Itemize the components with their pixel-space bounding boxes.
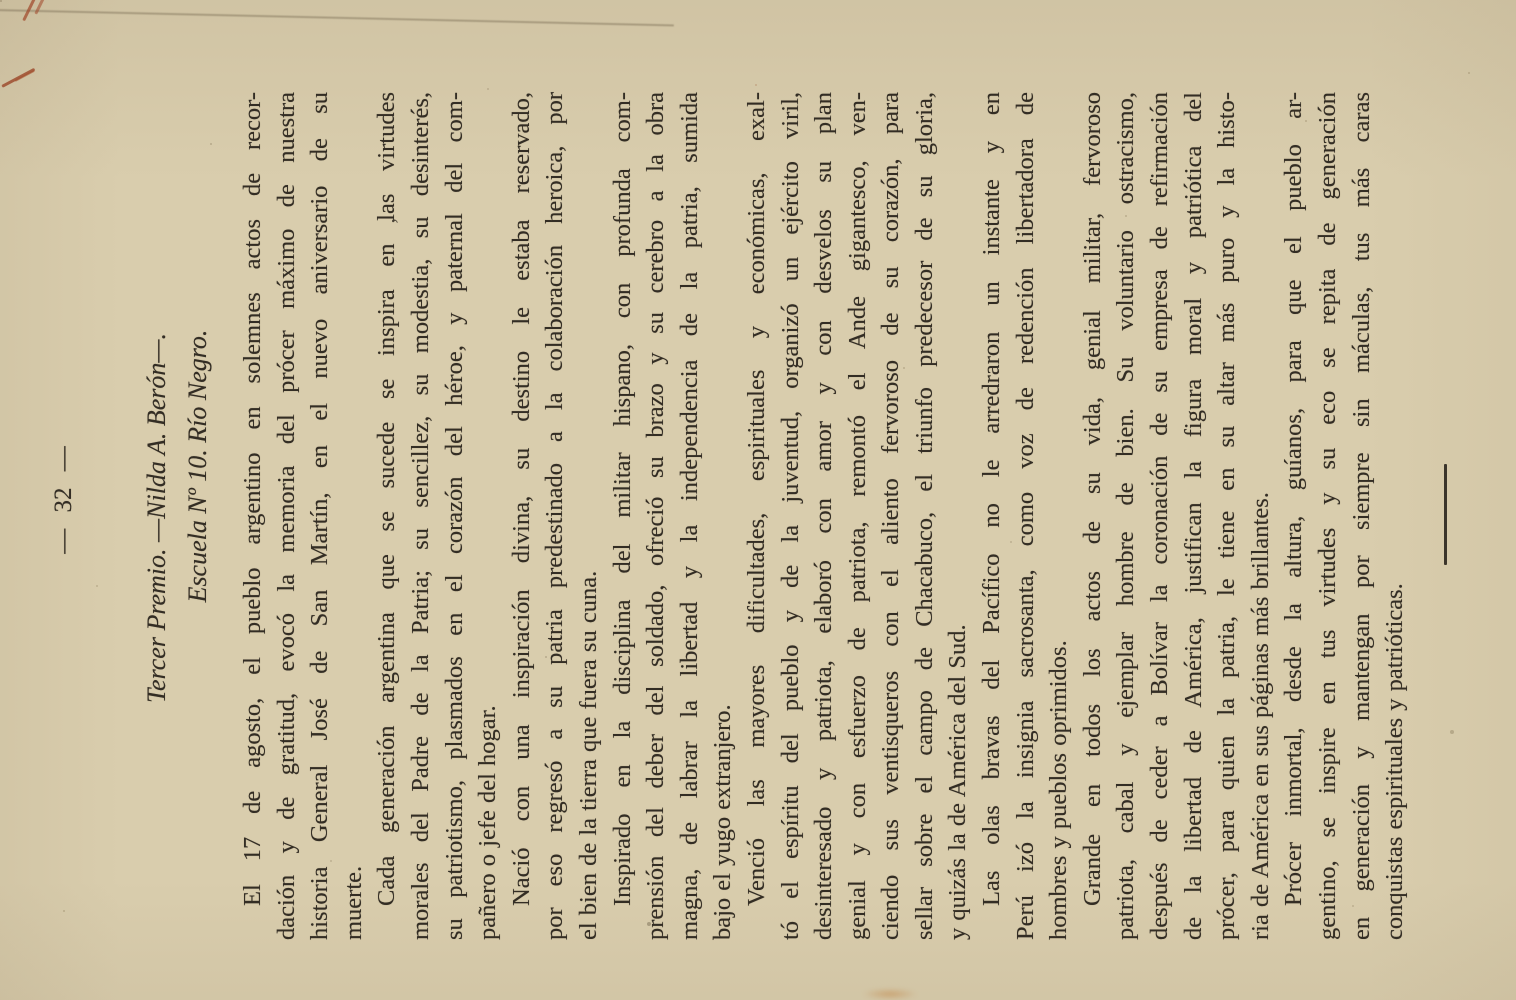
text-line: en generación y mantengan por siempre si… xyxy=(1345,92,1379,940)
page-surface: — 32 — Tercer Premio. —Nilda A. Berón—. … xyxy=(0,0,1516,1000)
text-line: bajo el yugo extranjero. xyxy=(706,92,740,940)
text-line: hombres y pueblos oprimidos. xyxy=(1042,92,1076,940)
text-line: historia General José de San Martín, en … xyxy=(303,92,337,940)
text-line: tó el espíritu del pueblo y de la juvent… xyxy=(774,92,808,940)
text-line: muerte. xyxy=(337,92,371,940)
text-line: por eso regresó a su patria predestinado… xyxy=(538,92,572,940)
text-line: dación y de gratitud, evocó la memoria d… xyxy=(270,92,304,940)
text-line: de la libertad de América, justifican la… xyxy=(1177,92,1211,940)
text-line: desinteresado y patriota, elaboró con am… xyxy=(807,92,841,940)
text-line: Grande en todos los actos de su vida, ge… xyxy=(1076,92,1110,940)
text-line: el bien de la tierra que fuera su cuna. xyxy=(572,92,606,940)
text-line: pañero o jefe del hogar. xyxy=(471,92,505,940)
text-line: Venció las mayores dificultades, espirit… xyxy=(740,92,774,940)
text-line: Inspirado en la disciplina del militar h… xyxy=(606,92,640,940)
scanned-book-page: { "page": { "number": "— 32 —", "title_l… xyxy=(0,0,1516,1000)
text-line: gentino, se inspire en tus virtudes y su… xyxy=(1311,92,1345,940)
text-line: Las olas bravas del Pacífico no le arred… xyxy=(975,92,1009,940)
heading-block: Tercer Premio. —Nilda A. Berón—. Escuela… xyxy=(140,92,215,940)
text-line: patriota, cabal y ejemplar hombre de bie… xyxy=(1109,92,1143,940)
text-line: Perú izó la insignia sacrosanta, como vo… xyxy=(1009,92,1043,940)
page-number: — 32 — xyxy=(50,0,78,1000)
text-line: ria de América en sus páginas más brilla… xyxy=(1244,92,1278,940)
school-subtitle: Escuela Nº 10. Río Negro. xyxy=(181,42,215,890)
text-line: genial y con esfuerzo de patriota, remon… xyxy=(841,92,875,940)
text-line: su patriotismo, plasmados en el corazón … xyxy=(438,92,472,940)
text-line: morales del Padre de la Patria; su senci… xyxy=(404,92,438,940)
text-line: conquistas espirituales y patrióticas. xyxy=(1378,92,1412,940)
text-line: y quizás la de América del Sud. xyxy=(941,92,975,940)
prize-title: Tercer Premio. —Nilda A. Berón—. xyxy=(140,94,174,942)
text-line: Cada generación argentina que se sucede … xyxy=(370,92,404,940)
text-line: Nació con una inspiración divina, su des… xyxy=(505,92,539,940)
text-line: sellar sobre el campo de Chacabuco, el t… xyxy=(908,92,942,940)
text-line: prócer, para quien la patria, le tiene e… xyxy=(1210,92,1244,940)
text-line: prensión del deber del soldado, ofreció … xyxy=(639,92,673,940)
section-end-rule xyxy=(1444,464,1447,565)
text-line: magna, de labrar la libertad y la indepe… xyxy=(673,92,707,940)
text-line: después de ceder a Bolívar la coronación… xyxy=(1143,92,1177,940)
text-line: ciendo sus ventisqueros con el aliento f… xyxy=(874,92,908,940)
text-line: Prócer inmortal, desde la altura, guíano… xyxy=(1277,92,1311,940)
text-line: El 17 de agosto, el pueblo argentino en … xyxy=(236,92,270,940)
text-block: El 17 de agosto, el pueblo argentino en … xyxy=(236,92,1412,940)
